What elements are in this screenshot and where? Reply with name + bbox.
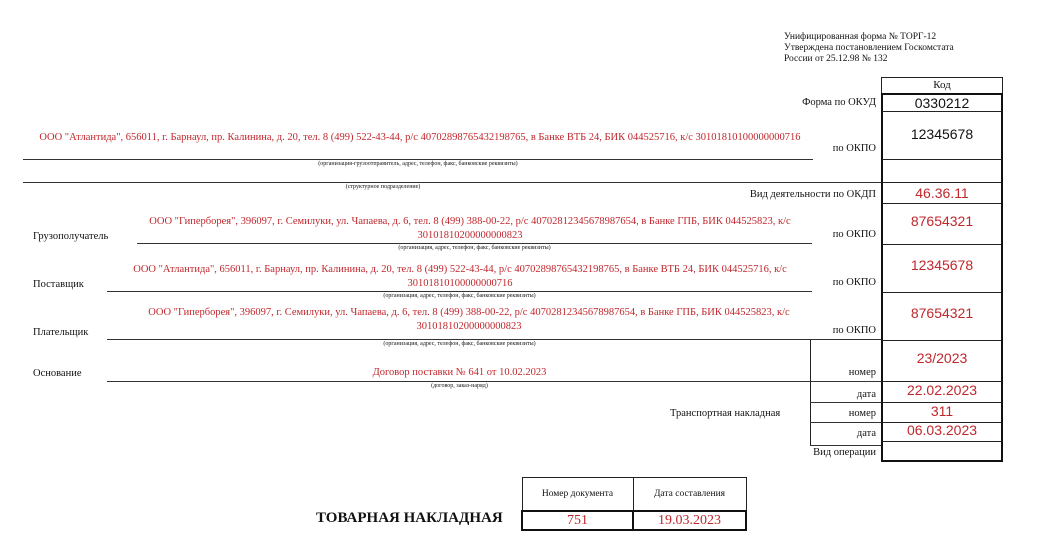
okud-label: Форма по ОКУД [802,97,876,108]
number-date-divider [810,340,811,446]
consignee-okpo-label: по ОКПО [833,229,876,240]
shipper-okpo-label: по ОКПО [833,143,876,154]
supplier-details: ООО "Атлантида", 656011, г. Барнаул, пр.… [110,263,810,291]
payer-details: ООО "Гиперборея", 396097, г. Семилуки, у… [110,306,828,334]
consignee-label: Грузополучатель [33,231,108,242]
basis-date-line [810,402,881,403]
basis-details: Договор поставки № 641 от 10.02.2023 [107,366,812,380]
consignee-details: ООО "Гиперборея", 396097, г. Семилуки, у… [140,215,800,243]
transport-date-label: дата [857,428,876,439]
transport-date-bottom-line [810,445,881,446]
document-title: ТОВАРНАЯ НАКЛАДНАЯ [316,510,503,527]
payer-label: Плательщик [33,327,88,338]
code-column: Код 0330212 12345678 46.36.11 87654321 1… [881,77,1005,462]
shipper-caption: (организация-грузоотправитель, адрес, те… [23,161,813,168]
transport-label: Транспортная накладная [670,408,780,419]
okdp-code[interactable]: 46.36.11 [881,182,1003,204]
payer-caption: (организация, адрес, телефон, факс, банк… [107,341,812,348]
basis-number-code[interactable]: 23/2023 [881,340,1003,382]
shipper-okpo-code[interactable]: 12345678 [881,111,1003,160]
document-number-header: Номер документа [522,478,633,512]
consignee-caption: (организация, адрес, телефон, факс, банк… [137,245,812,252]
basis-caption: (договор, заказ-наряд) [107,383,812,390]
supplier-label: Поставщик [33,279,84,290]
document-number[interactable]: 751 [522,511,633,530]
operation-label: Вид операции [813,447,876,458]
okud-code[interactable]: 0330212 [881,93,1003,112]
transport-number-label: номер [849,408,876,419]
supplier-underline [107,291,812,292]
transport-number-line [810,422,881,423]
okdp-label: Вид деятельности по ОКДП [750,189,876,200]
shipper-details: ООО "Атлантида", 656011, г. Барнаул, пр.… [30,131,810,145]
consignee-underline [137,243,812,244]
shipper-underline [23,159,813,160]
document-date-header: Дата составления [633,478,746,512]
basis-date-label: дата [857,389,876,400]
supplier-caption: (организация, адрес, телефон, факс, банк… [107,293,812,300]
division-underline [23,182,881,183]
supplier-okpo-code[interactable]: 12345678 [881,244,1003,293]
payer-underline [107,339,881,340]
basis-label: Основание [33,368,82,379]
operation-code[interactable] [881,441,1003,462]
document-date[interactable]: 19.03.2023 [633,511,746,530]
consignee-okpo-code[interactable]: 87654321 [881,203,1003,245]
basis-date-code[interactable]: 22.02.2023 [881,381,1003,403]
division-caption: (структурное подразделение) [23,184,743,191]
payer-okpo-label: по ОКПО [833,325,876,336]
basis-number-label: номер [849,367,876,378]
document-table: Номер документа Дата составления 751 19.… [521,477,747,531]
supplier-okpo-label: по ОКПО [833,277,876,288]
code-header: Код [881,77,1003,94]
payer-okpo-code[interactable]: 87654321 [881,292,1003,341]
transport-number-code[interactable]: 311 [881,402,1003,423]
division-code[interactable] [881,159,1003,183]
basis-underline [107,381,881,382]
transport-date-code[interactable]: 06.03.2023 [881,422,1003,442]
